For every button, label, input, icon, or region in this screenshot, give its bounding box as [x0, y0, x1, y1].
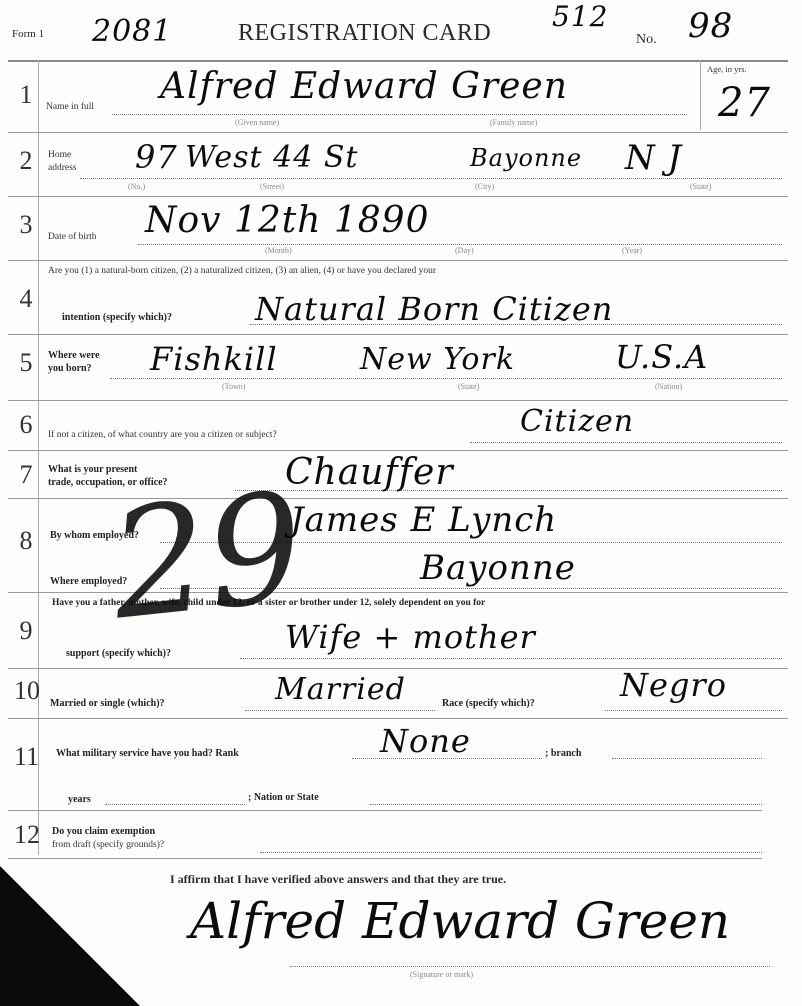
sub-label: (City) [475, 182, 494, 191]
field-label: from draft (specify grounds)? [52, 840, 164, 850]
birth-nation: U.S.A [615, 338, 708, 376]
form-label: Form 1 [12, 28, 44, 40]
sub-label: (Street) [260, 182, 284, 191]
sub-label: (Month) [265, 246, 292, 255]
field-label: If not a citizen, of what country are yo… [48, 430, 277, 440]
country-value: Citizen [520, 404, 634, 439]
number-label: No. [636, 32, 657, 48]
fill-line [605, 710, 782, 711]
field-number: 4 [14, 284, 38, 314]
divider [8, 60, 788, 62]
divider [8, 810, 762, 811]
field-number: 6 [14, 410, 38, 440]
divider [700, 60, 701, 130]
field-number: 9 [14, 616, 38, 646]
age-label: Age, in yrs. [707, 64, 747, 74]
field-label: Race (specify which)? [442, 698, 535, 709]
field-number: 1 [14, 80, 38, 110]
fill-line [370, 804, 762, 805]
address-street: West 44 St [185, 140, 358, 175]
fill-line [110, 378, 782, 379]
affirmation-text: I affirm that I have verified above answ… [170, 872, 506, 887]
sub-label: (No.) [128, 182, 145, 191]
fill-line [80, 178, 782, 179]
page-title: REGISTRATION CARD [238, 20, 491, 47]
field-label: Name in full [46, 102, 94, 112]
sub-label: (State) [458, 382, 479, 391]
divider [8, 858, 762, 859]
fill-line [105, 804, 245, 805]
fill-line [240, 658, 782, 659]
fill-line [245, 710, 435, 711]
field-label: What military service have you had? Rank [56, 748, 239, 759]
sub-label: (Day) [455, 246, 474, 255]
field-label: intention (specify which)? [62, 312, 172, 323]
field-label: Where were [48, 350, 100, 361]
sub-label: (Year) [622, 246, 642, 255]
divider [8, 718, 788, 719]
age-value: 27 [718, 80, 771, 126]
field-number: 11 [14, 742, 38, 772]
birth-state: New York [360, 342, 515, 377]
address-number: 97 [135, 138, 178, 176]
divider [8, 450, 788, 451]
divider [8, 196, 788, 197]
signature-line [290, 966, 770, 967]
fill-line [112, 114, 687, 115]
fill-line [612, 758, 762, 759]
field-label: Home [48, 150, 71, 160]
sub-label: (Given name) [235, 118, 279, 127]
field-number: 10 [14, 676, 38, 706]
field-question: Are you (1) a natural-born citizen, (2) … [48, 266, 436, 276]
field-label: address [48, 163, 77, 173]
address-state: N J [625, 138, 682, 178]
field-label: Date of birth [48, 232, 97, 242]
signature-sub-label: (Signature or mark) [410, 970, 473, 979]
field-label: What is your present [48, 464, 137, 475]
divider [8, 400, 788, 401]
field-label: ; branch [545, 748, 581, 759]
field-label: you born? [48, 363, 92, 374]
divider [8, 334, 788, 335]
divider [38, 60, 39, 855]
employer-location-value: Bayonne [420, 548, 576, 588]
fill-line [260, 852, 762, 853]
sub-label: (Town) [222, 382, 245, 391]
field-number: 12 [14, 820, 38, 850]
margin-mark: 29 [103, 461, 311, 654]
field-label: Married or single (which)? [50, 698, 165, 709]
employer-value: James E Lynch [290, 500, 557, 540]
dependents-value: Wife + mother [285, 618, 536, 656]
occupation-value: Chauffer [285, 452, 454, 493]
card-number: 98 [688, 6, 733, 46]
handwritten-code: 512 [552, 0, 608, 33]
signature: Alfred Edward Green [190, 892, 730, 950]
divider [8, 260, 788, 261]
field-number: 8 [14, 526, 38, 556]
race-value: Negro [620, 666, 727, 704]
field-number: 2 [14, 146, 38, 176]
field-label: years [68, 794, 91, 805]
field-label: ; Nation or State [248, 792, 319, 803]
divider [8, 132, 788, 133]
dob-value: Nov 12th 1890 [145, 200, 429, 241]
field-number: 5 [14, 348, 38, 378]
sub-label: (Family name) [490, 118, 537, 127]
fill-line [470, 442, 782, 443]
address-city: Bayonne [470, 144, 582, 172]
citizenship-value: Natural Born Citizen [255, 290, 613, 328]
marital-status-value: Married [275, 672, 406, 707]
field-number: 3 [14, 210, 38, 240]
sub-label: (State) [690, 182, 711, 191]
field-number: 7 [14, 460, 38, 490]
handwritten-number: 2081 [92, 14, 172, 49]
scan-shadow [0, 866, 140, 1006]
military-rank-value: None [380, 722, 471, 760]
field-label: Do you claim exemption [52, 826, 155, 837]
sub-label: (Nation) [655, 382, 682, 391]
birth-town: Fishkill [150, 340, 278, 378]
fill-line [138, 244, 782, 245]
name-value: Alfred Edward Green [160, 66, 568, 107]
